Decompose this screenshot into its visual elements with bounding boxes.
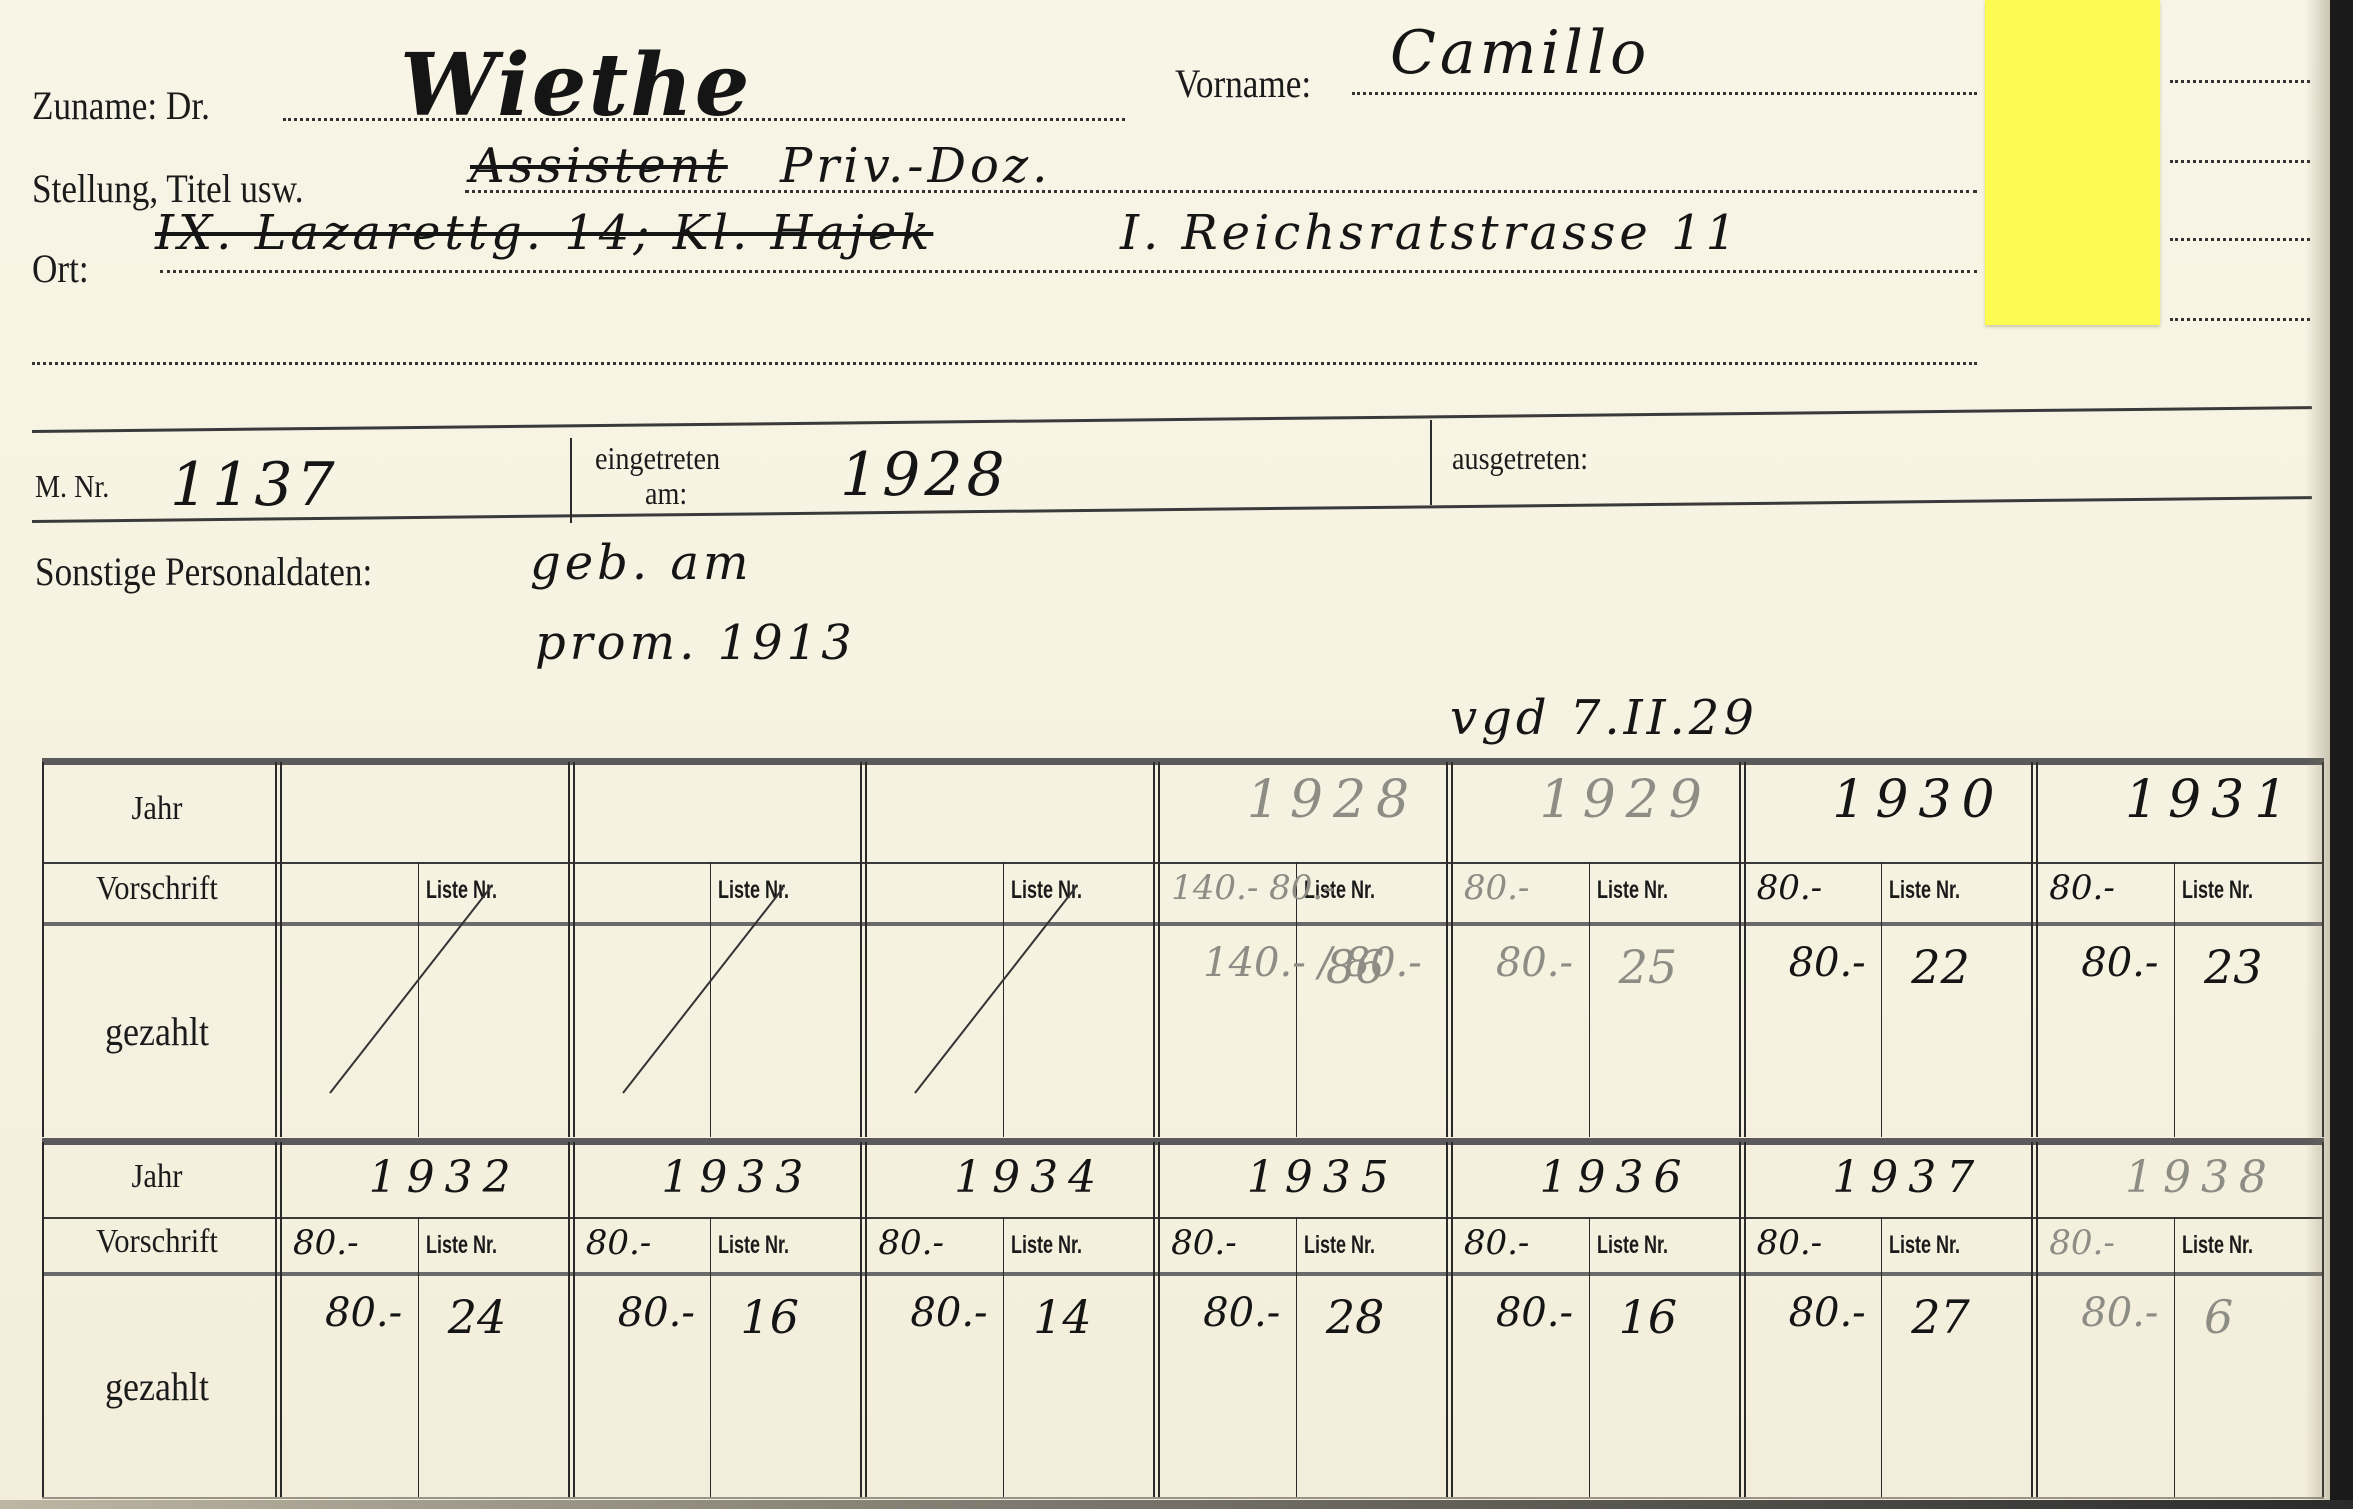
liste-nr-label: Liste Nr. <box>2182 876 2253 905</box>
liste-divider <box>1881 862 1882 1137</box>
liste-nr-label: Liste Nr. <box>718 1231 789 1260</box>
cell-vorschrift: 80.- <box>2049 868 2115 908</box>
cell-jahr: 1938 <box>2125 1152 2277 1203</box>
cross-out-stroke <box>329 888 491 1094</box>
column-divider <box>1158 1142 1160 1497</box>
card-edge-shadow <box>2305 0 2330 1509</box>
liste-divider <box>710 862 711 1137</box>
eingetreten-value: 1928 <box>840 440 1009 510</box>
column-divider <box>573 1142 575 1497</box>
liste-nr-label: Liste Nr. <box>1597 1231 1668 1260</box>
mnr-label: M. Nr. <box>35 468 109 505</box>
column-divider <box>275 1142 277 1497</box>
cell-liste: 86 <box>1326 940 1385 994</box>
liste-divider <box>418 862 419 1137</box>
cell-liste: 27 <box>1911 1290 1970 1344</box>
zuname-value: Wiethe <box>400 35 751 136</box>
cell-liste: 6 <box>2204 1290 2233 1344</box>
cell-vorschrift: 80.- <box>293 1223 359 1263</box>
column-divider <box>2031 1142 2033 1497</box>
liste-divider <box>1296 1217 1297 1497</box>
extra-line <box>32 362 1977 365</box>
ort-line <box>160 270 1977 273</box>
cell-jahr: 1931 <box>2125 770 2297 830</box>
annotation-vgd: vgd 7.II.29 <box>1450 690 1758 746</box>
column-divider <box>568 1142 570 1497</box>
cell-gezahlt: 80.- <box>1203 1290 1280 1336</box>
column-divider <box>2036 762 2038 1137</box>
ort-label: Ort: <box>32 245 89 292</box>
row-label-jahr: Jahr <box>54 790 261 828</box>
column-divider <box>865 762 867 1137</box>
cell-liste: 24 <box>448 1290 507 1344</box>
column-divider <box>2031 762 2033 1137</box>
sonstige-label: Sonstige Personaldaten: <box>35 548 372 595</box>
table-lower-vorschrift-rule <box>42 1272 2324 1276</box>
column-divider <box>1153 762 1155 1137</box>
row-label-gezahlt: gezahlt <box>54 1363 261 1410</box>
column-divider <box>860 762 862 1137</box>
eingetreten-label-am: am: <box>645 475 687 512</box>
cell-vorschrift: 80.- <box>1171 1223 1237 1263</box>
cell-liste: 16 <box>740 1290 799 1344</box>
cell-vorschrift: 80.- <box>1464 868 1530 908</box>
ausgetreten-label: ausgetreten: <box>1452 440 1588 477</box>
liste-nr-label: Liste Nr. <box>2182 1231 2253 1260</box>
liste-divider <box>1003 862 1004 1137</box>
cell-liste: 22 <box>1911 940 1970 994</box>
cell-jahr: 1937 <box>1832 1152 1984 1203</box>
row-label-jahr: Jahr <box>54 1158 261 1196</box>
column-divider <box>1744 1142 1746 1497</box>
table-upper-jahr-rule <box>42 862 2324 864</box>
stellung-line-end <box>2170 160 2310 163</box>
liste-divider <box>1881 1217 1882 1497</box>
cell-vorschrift: 80.- <box>1464 1223 1530 1263</box>
cell-jahr: 1930 <box>1832 770 2004 830</box>
column-divider <box>1451 1142 1453 1497</box>
cell-liste: 23 <box>2204 940 2263 994</box>
liste-nr-label: Liste Nr. <box>426 1231 497 1260</box>
cell-vorschrift: 80.- <box>1757 868 1823 908</box>
liste-divider <box>1003 1217 1004 1497</box>
cell-gezahlt: 80.- <box>1789 1290 1866 1336</box>
stellung-struck-value: Assistent <box>470 138 728 194</box>
cell-vorschrift: 80.- <box>878 1223 944 1263</box>
cell-gezahlt: 80.- <box>1496 1290 1573 1336</box>
eingetreten-label: eingetreten <box>595 440 720 477</box>
cell-vorschrift: 140.- 80.- <box>1171 868 1335 908</box>
zuname-label: Zuname: Dr. <box>32 82 210 129</box>
liste-nr-label: Liste Nr. <box>1597 876 1668 905</box>
table-upper-vorschrift-rule <box>42 922 2324 926</box>
cell-jahr: 1932 <box>369 1152 521 1203</box>
liste-divider <box>710 1217 711 1497</box>
sonstige-line1: geb. am <box>530 535 753 591</box>
payment-table: JahrVorschriftgezahltListe Nr.Liste Nr.L… <box>42 762 2324 1502</box>
ort-line-end <box>2170 238 2310 241</box>
cross-out-stroke <box>622 888 784 1094</box>
cell-vorschrift: 80.- <box>2049 1223 2115 1263</box>
cell-jahr: 1934 <box>954 1152 1106 1203</box>
cell-gezahlt: 80.- <box>325 1290 402 1336</box>
ort-struck-value: IX. Lazarettg. 14; Kl. Hajek <box>155 205 933 261</box>
column-divider <box>1744 762 1746 1137</box>
liste-nr-label: Liste Nr. <box>1889 1231 1960 1260</box>
divider-top <box>32 406 2312 433</box>
cell-gezahlt: 80.- <box>2081 940 2158 986</box>
liste-divider <box>1589 862 1590 1137</box>
cell-jahr: 1928 <box>1247 770 1419 830</box>
column-divider <box>573 762 575 1137</box>
table-left-border <box>42 762 44 1137</box>
column-divider <box>280 762 282 1137</box>
stellung-value: Priv.-Doz. <box>780 138 1051 194</box>
ort-value: I. Reichsratstrasse 11 <box>1120 205 1740 261</box>
cell-gezahlt: 80.- <box>1789 940 1866 986</box>
liste-divider <box>2174 1217 2175 1497</box>
extra-line-end <box>2170 318 2310 321</box>
row-label-vorschrift: Vorschrift <box>54 870 261 908</box>
column-divider <box>865 1142 867 1497</box>
divider-bottom <box>32 496 2312 523</box>
vorname-label: Vorname: <box>1175 60 1311 107</box>
table-lower-top-rule <box>42 1138 2324 1145</box>
column-divider <box>1739 762 1741 1137</box>
cell-gezahlt: 80.- <box>2081 1290 2158 1336</box>
cell-vorschrift: 80.- <box>1757 1223 1823 1263</box>
mnr-value: 1137 <box>170 450 339 520</box>
cell-liste: 14 <box>1033 1290 1092 1344</box>
cell-gezahlt: 80.- <box>910 1290 987 1336</box>
divider-mnr <box>570 438 572 523</box>
row-label-gezahlt: gezahlt <box>54 1008 261 1055</box>
cell-gezahlt: 140.- / 80.- <box>1203 940 1422 986</box>
column-divider <box>1739 1142 1741 1497</box>
cell-jahr: 1935 <box>1247 1152 1399 1203</box>
cell-liste: 25 <box>1619 940 1678 994</box>
column-divider <box>1446 1142 1448 1497</box>
scan-edge-right <box>2330 0 2353 1509</box>
vorname-value: Camillo <box>1390 18 1650 88</box>
liste-nr-label: Liste Nr. <box>1011 1231 1082 1260</box>
liste-divider <box>1589 1217 1590 1497</box>
cell-jahr: 1929 <box>1540 770 1712 830</box>
table-lower-jahr-rule <box>42 1217 2324 1219</box>
column-divider <box>2036 1142 2038 1497</box>
vorname-line <box>1352 92 1977 95</box>
cell-jahr: 1936 <box>1540 1152 1692 1203</box>
membership-card: Zuname: Dr. Wiethe Vorname: Camillo Stel… <box>0 0 2320 1500</box>
sonstige-line2: prom. 1913 <box>535 615 856 671</box>
cell-jahr: 1933 <box>661 1152 813 1203</box>
column-divider <box>1446 762 1448 1137</box>
liste-divider <box>418 1217 419 1497</box>
table-bottom-rule <box>42 1497 2324 1499</box>
table-left-border <box>42 1142 44 1497</box>
cross-out-stroke <box>915 888 1077 1094</box>
vorname-line-end <box>2170 80 2310 83</box>
column-divider <box>568 762 570 1137</box>
divider-eingetreten <box>1430 420 1432 505</box>
yellow-sticky-note <box>1985 0 2160 325</box>
cell-gezahlt: 80.- <box>618 1290 695 1336</box>
column-divider <box>275 762 277 1137</box>
column-divider <box>1451 762 1453 1137</box>
cell-gezahlt: 80.- <box>1496 940 1573 986</box>
column-divider <box>1158 762 1160 1137</box>
table-upper-top-rule <box>42 758 2324 765</box>
cell-liste: 16 <box>1619 1290 1678 1344</box>
row-label-vorschrift: Vorschrift <box>54 1223 261 1261</box>
liste-nr-label: Liste Nr. <box>1889 876 1960 905</box>
scan-edge-bottom <box>0 1500 2353 1509</box>
column-divider <box>280 1142 282 1497</box>
cell-vorschrift: 80.- <box>586 1223 652 1263</box>
liste-divider <box>2174 862 2175 1137</box>
column-divider <box>1153 1142 1155 1497</box>
liste-nr-label: Liste Nr. <box>1304 1231 1375 1260</box>
column-divider <box>860 1142 862 1497</box>
cell-liste: 28 <box>1326 1290 1385 1344</box>
